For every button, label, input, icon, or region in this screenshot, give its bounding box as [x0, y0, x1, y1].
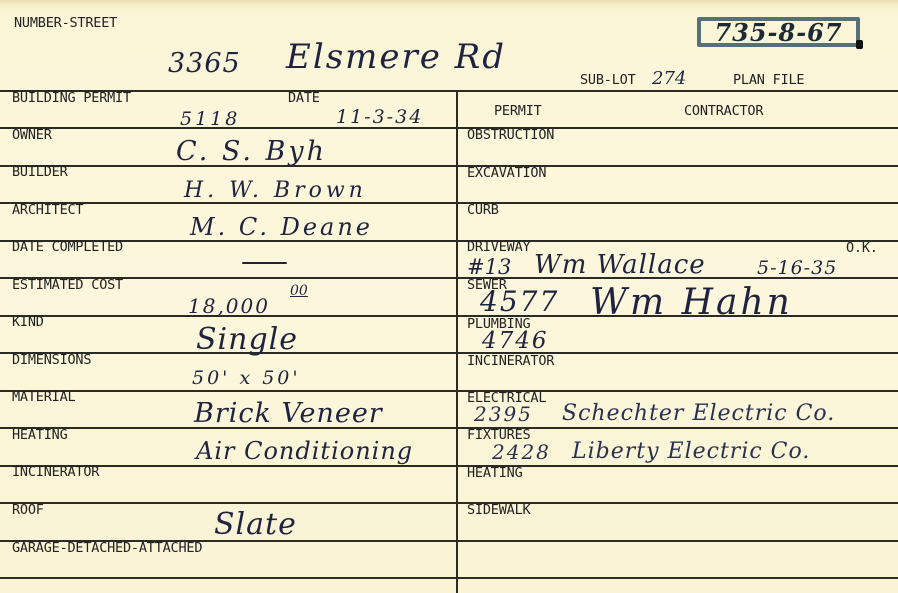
- electrical-permit: 2395: [474, 404, 533, 424]
- kind-value: Single: [196, 325, 298, 355]
- heating-right-label: HEATING: [467, 467, 523, 481]
- date-label: DATE: [288, 92, 320, 106]
- heating-label: HEATING: [12, 429, 68, 443]
- kind-label: KIND: [12, 316, 44, 330]
- permit-column-header: PERMIT: [494, 105, 542, 119]
- rule-line: [0, 240, 898, 242]
- architect-value: M. C. Deane: [190, 215, 373, 239]
- address-number: 3365: [168, 50, 241, 77]
- building-permit-value: 5118: [180, 110, 240, 129]
- building-permit-label: BUILDING PERMIT: [12, 92, 131, 106]
- rule-line: [0, 127, 898, 129]
- permit-card: NUMBER-STREET 3365 Elsmere Rd 735-8-67 S…: [0, 0, 898, 593]
- rule-line: [0, 90, 898, 92]
- heating-value: Air Conditioning: [196, 439, 413, 463]
- column-divider: [456, 90, 458, 593]
- material-value: Brick Veneer: [194, 400, 383, 427]
- address-street: Elsmere Rd: [286, 40, 506, 74]
- electrical-contractor: Schechter Electric Co.: [562, 403, 835, 425]
- date-completed-label: DATE COMPLETED: [12, 241, 123, 255]
- rule-line: [0, 352, 898, 354]
- fixtures-contractor: Liberty Electric Co.: [572, 441, 810, 463]
- plan-file-label: PLAN FILE: [733, 74, 804, 88]
- driveway-permit: #13: [467, 257, 511, 278]
- material-label: MATERIAL: [12, 391, 75, 405]
- card-top-edge: [0, 0, 898, 6]
- file-number-stamp: 735-8-67: [697, 17, 860, 47]
- rule-line: [0, 165, 898, 167]
- garage-label: GARAGE-DETACHED-ATTACHED: [12, 542, 202, 556]
- incinerator-label: INCINERATOR: [12, 466, 99, 480]
- incinerator-right-label: INCINERATOR: [467, 355, 554, 369]
- rule-line: [0, 390, 898, 392]
- excavation-label: EXCAVATION: [467, 167, 546, 181]
- estimated-cost-cents: 00: [290, 284, 308, 298]
- driveway-contractor: Wm Wallace: [534, 252, 706, 278]
- builder-value: H. W. Brown: [184, 180, 367, 202]
- roof-label: ROOF: [12, 504, 44, 518]
- architect-label: ARCHITECT: [12, 204, 83, 218]
- owner-value: C. S. Byh: [176, 138, 327, 165]
- number-street-label: NUMBER-STREET: [14, 17, 117, 31]
- sewer-contractor: Wm Hahn: [590, 285, 793, 321]
- plumbing-permit: 4746: [482, 330, 549, 353]
- sub-lot-value: 274: [652, 70, 686, 88]
- obstruction-label: OBSTRUCTION: [467, 129, 554, 143]
- builder-label: BUILDER: [12, 166, 68, 180]
- driveway-date: 5-16-35: [757, 259, 837, 278]
- driveway-ok-stamp: O.K.: [846, 242, 878, 256]
- rule-line: [0, 202, 898, 204]
- dimensions-label: DIMENSIONS: [12, 354, 91, 368]
- estimated-cost-value: 18,000: [188, 296, 270, 316]
- sewer-permit: 4577: [480, 288, 559, 316]
- driveway-label: DRIVEWAY: [467, 241, 530, 255]
- fixtures-permit: 2428: [492, 442, 551, 462]
- curb-label: CURB: [467, 204, 499, 218]
- sidewalk-label: SIDEWALK: [467, 504, 530, 518]
- estimated-cost-label: ESTIMATED COST: [12, 279, 123, 293]
- rule-line: [0, 427, 898, 429]
- rule-line: [0, 577, 898, 579]
- sub-lot-label: SUB-LOT: [580, 74, 636, 88]
- owner-label: OWNER: [12, 129, 52, 143]
- date-completed-value-dash: [242, 262, 287, 264]
- stamp-mark: [856, 40, 863, 49]
- dimensions-value: 50' x 50': [192, 369, 301, 388]
- roof-value: Slate: [214, 510, 297, 540]
- contractor-column-header: CONTRACTOR: [684, 105, 763, 119]
- rule-line: [0, 465, 898, 467]
- rule-line: [0, 502, 898, 504]
- date-value: 11-3-34: [336, 108, 423, 127]
